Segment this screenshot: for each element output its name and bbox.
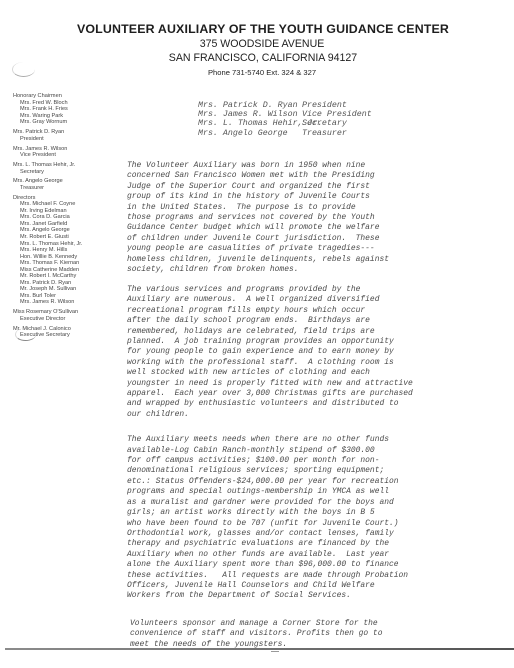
directors-group: Directors Mrs. Michael F. Coyne Mr. Irvi… <box>13 195 118 306</box>
officer-name: Mrs. L. Thomas Hehir, Jr. <box>198 119 302 128</box>
officer-title: Treasurer <box>13 185 118 192</box>
officer-name: Mrs. Patrick D. Ryan <box>13 129 118 136</box>
letter-body: The Volunteer Auxiliary was born in 1950… <box>127 161 512 659</box>
officer-title: Secretary <box>13 169 118 176</box>
scan-mark <box>271 651 279 652</box>
street-address: 375 WOODSIDE AVENUE <box>10 37 514 51</box>
staff-title: Executive Secretary <box>13 332 118 339</box>
honorary-chairmen-group: Honorary Chairmen Mrs. Fred W. Bloch Mrs… <box>13 93 118 126</box>
honorary-chairman: Mrs. Gray Wornum <box>13 119 118 126</box>
honorary-chairmen-heading: Honorary Chairmen <box>13 93 118 100</box>
scan-edge-line <box>5 648 514 650</box>
board-sidebar: Honorary Chairmen Mrs. Fred W. Bloch Mrs… <box>13 93 118 342</box>
honorary-chairman: Mrs. Frank H. Fries <box>13 106 118 113</box>
staff-executive-secretary: Mr. Michael J. Calonico Executive Secret… <box>13 326 118 339</box>
officer-row: Mrs. Patrick D. Ryan President <box>198 101 372 110</box>
officer-treasurer: Mrs. Angelo George Treasurer <box>13 178 118 191</box>
officer-secretary: Mrs. L. Thomas Hehir, Jr. Secretary <box>13 162 118 175</box>
officer-row: Mrs. Angelo George Treasurer <box>198 129 372 138</box>
staff-name: Miss Rosemary O'Sullivan <box>13 309 118 316</box>
paragraph-corner-store: Volunteers sponsor and manage a Corner S… <box>127 619 512 650</box>
officer-title: President <box>302 101 347 110</box>
directors-heading: Directors <box>13 195 118 202</box>
paragraph-funding: The Auxiliary meets needs when there are… <box>127 435 512 602</box>
officer-name: Mrs. Patrick D. Ryan <box>198 101 302 110</box>
honorary-chairman: Mrs. Waring Park <box>13 113 118 120</box>
letterhead: VOLUNTEER AUXILIARY OF THE YOUTH GUIDANC… <box>0 22 514 79</box>
staff-name: Mr. Michael J. Calonico <box>13 326 118 333</box>
officer-title: President <box>13 136 118 143</box>
officers-block: Mrs. Patrick D. Ryan President Mrs. Jame… <box>198 101 372 138</box>
officer-vice-president: Mrs. James R. Wilson Vice President <box>13 146 118 159</box>
officer-row: Mrs. L. Thomas Hehir, Jr. Secretary <box>198 119 372 128</box>
officer-title: Treasurer <box>302 129 347 138</box>
city-address: SAN FRANCISCO, CALIFORNIA 94127 <box>12 51 514 65</box>
staff-title: Executive Director <box>13 316 118 323</box>
staff-executive-director: Miss Rosemary O'Sullivan Executive Direc… <box>13 309 118 322</box>
phone-number: Phone 731-5740 Ext. 324 & 327 <box>10 67 514 79</box>
officer-name: Mrs. L. Thomas Hehir, Jr. <box>13 162 118 169</box>
officer-title: Secretary <box>302 119 347 128</box>
officer-name: Mrs. Angelo George <box>198 129 302 138</box>
paragraph-services: The various services and programs provid… <box>127 285 512 420</box>
officer-name: Mrs. James R. Wilson <box>13 146 118 153</box>
officer-title: Vice President <box>13 152 118 159</box>
honorary-chairman: Mrs. Fred W. Bloch <box>13 100 118 107</box>
officer-name: Mrs. Angelo George <box>13 178 118 185</box>
director: Mrs. James R. Wilson <box>13 299 118 306</box>
officer-president: Mrs. Patrick D. Ryan President <box>13 129 118 142</box>
organization-name: VOLUNTEER AUXILIARY OF THE YOUTH GUIDANC… <box>12 22 514 37</box>
paragraph-history: The Volunteer Auxiliary was born in 1950… <box>127 161 512 275</box>
